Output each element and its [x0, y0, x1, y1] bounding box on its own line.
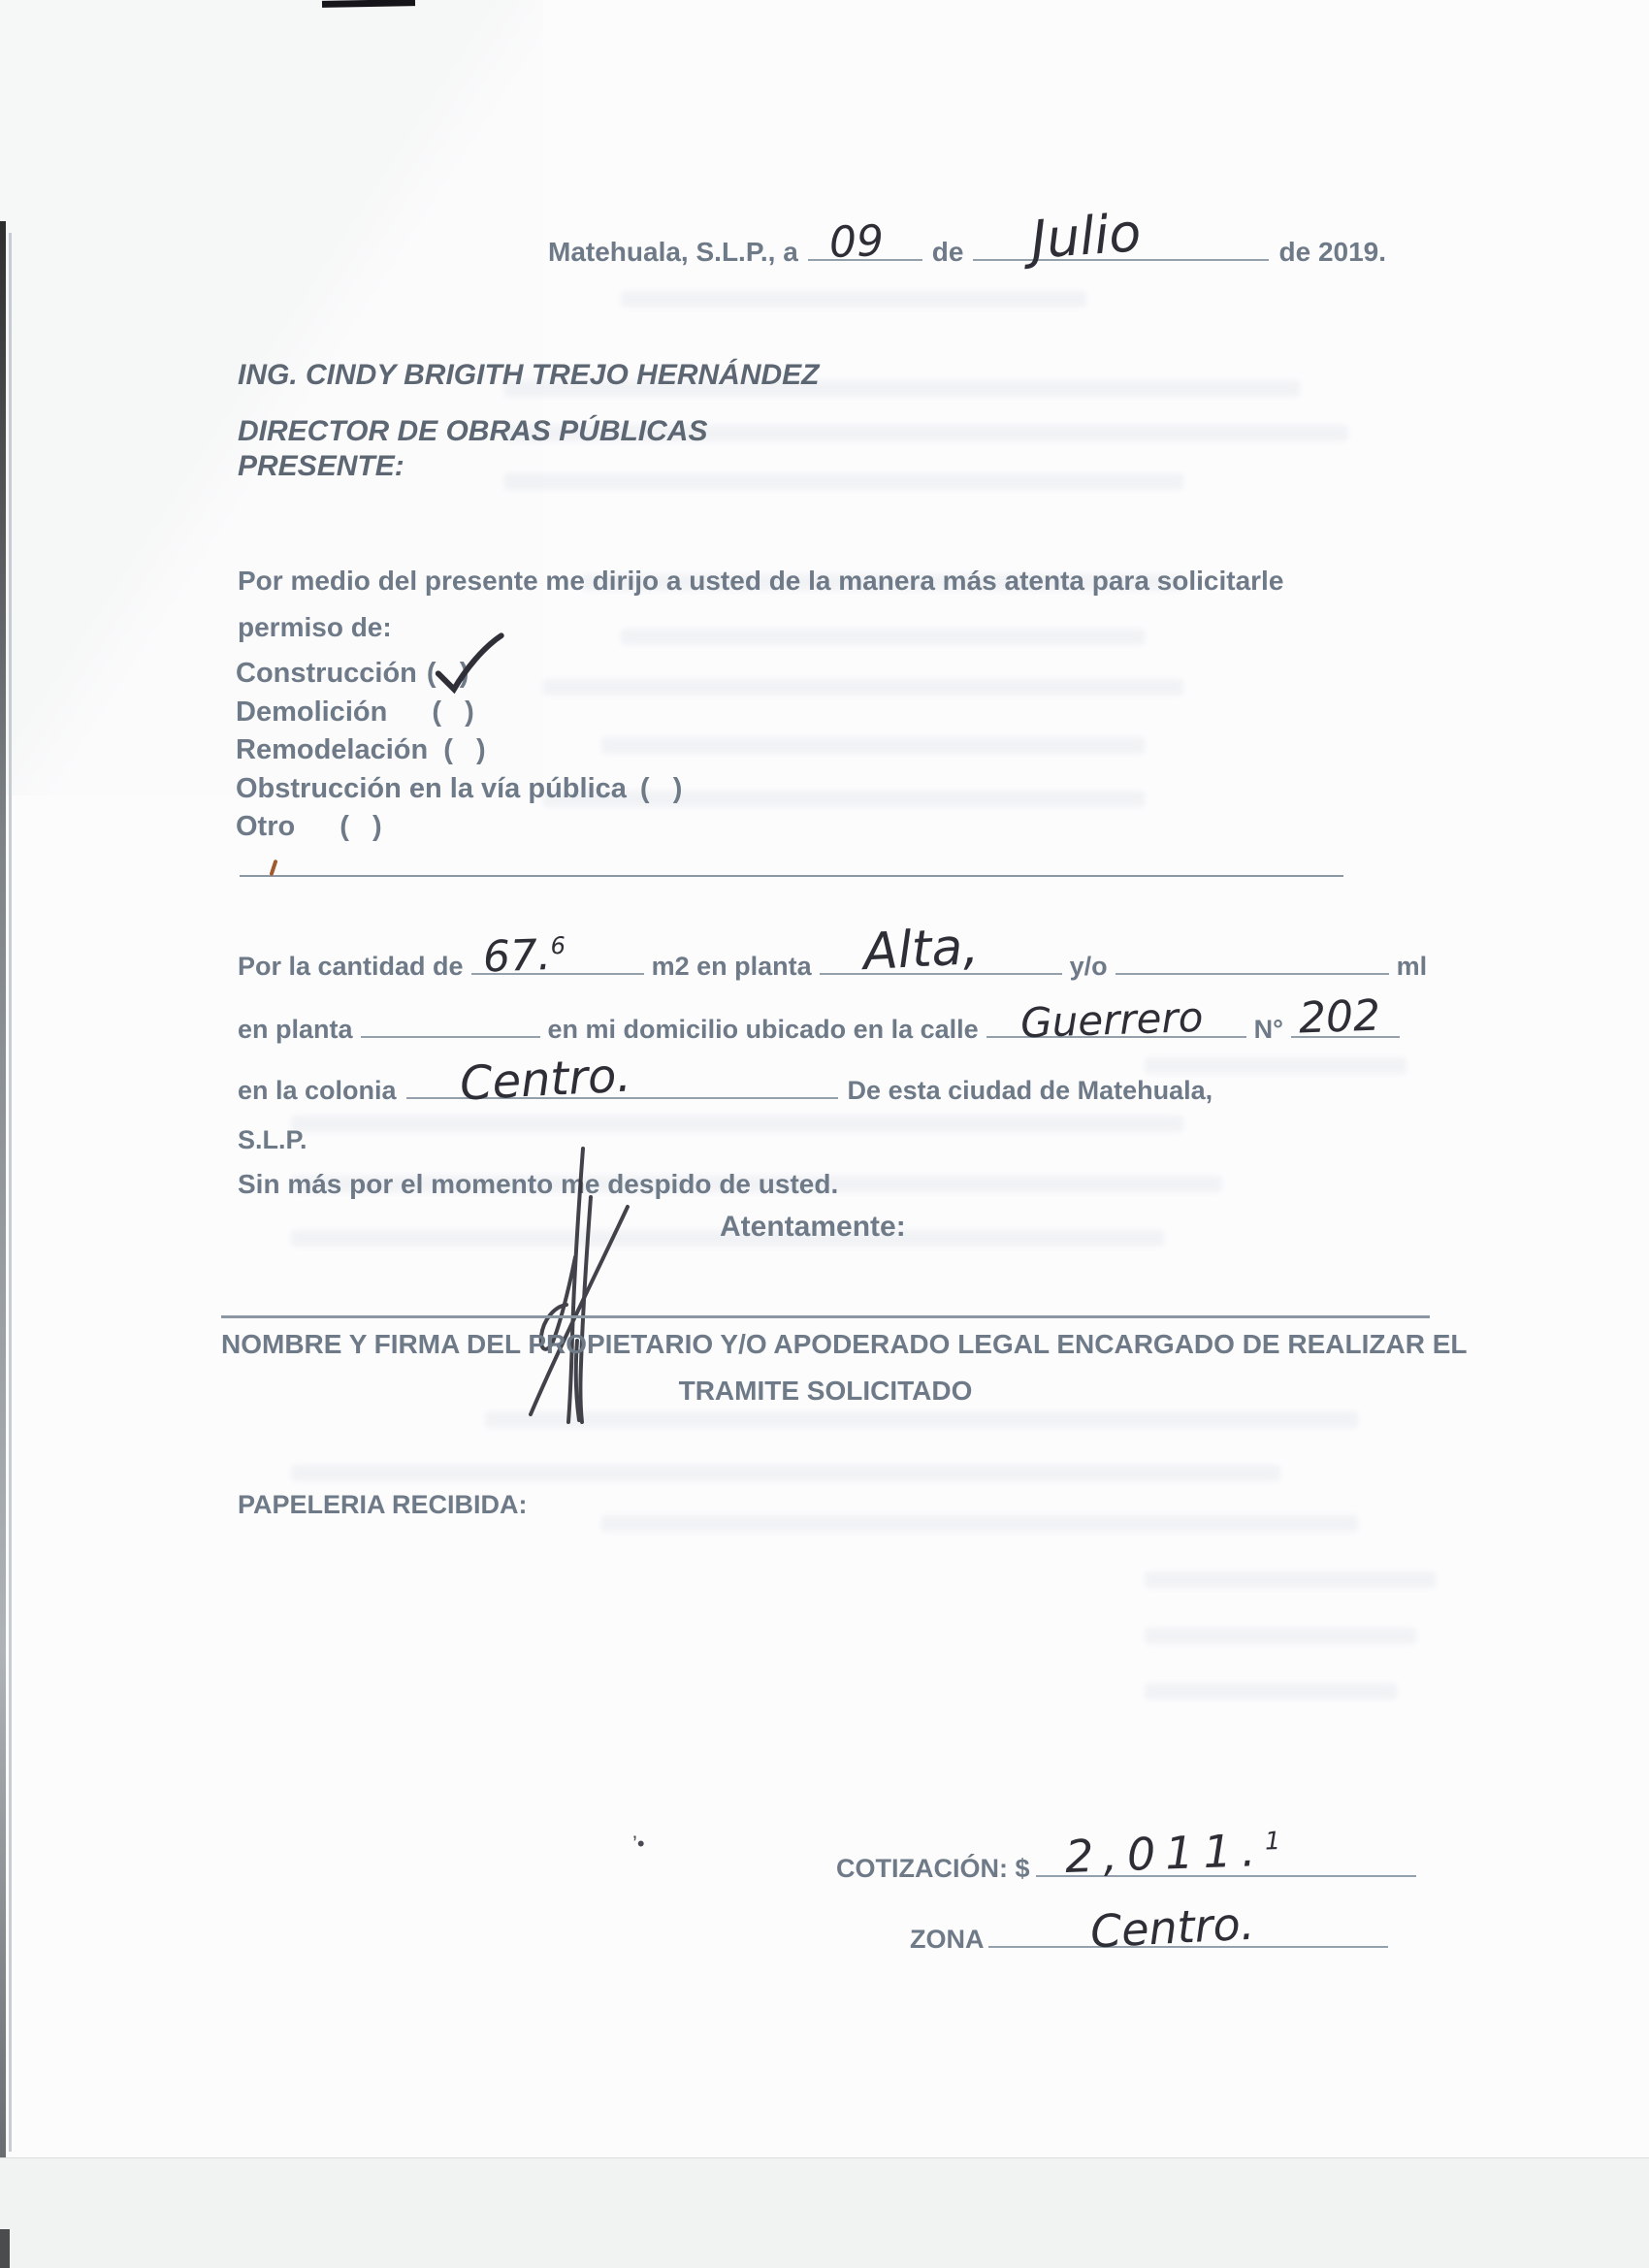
intro-line-1: Por medio del presente me dirijo a usted…: [238, 566, 1283, 597]
planta2-blank[interactable]: [361, 1009, 540, 1038]
signature-caption-2: TRAMITE SOLICITADO: [221, 1376, 1430, 1407]
quantity-line-2: en planta en mi domicilio ubicado en la …: [238, 1009, 1400, 1045]
signature-caption-1: NOMBRE Y FIRMA DEL PROPIETARIO Y/O APODE…: [221, 1329, 1430, 1360]
permit-option-label: Demolición: [236, 697, 387, 729]
handwritten-colonia: Centro.: [458, 1049, 631, 1112]
zona-blank[interactable]: Centro.: [988, 1919, 1388, 1948]
handwritten-day: 09: [828, 216, 885, 268]
handwritten-checkmark: [429, 632, 504, 696]
handwritten-numero: 202: [1298, 991, 1381, 1044]
date-connector: de: [932, 237, 964, 268]
calle-blank[interactable]: Guerrero: [986, 1009, 1246, 1038]
attentively-label: Atentamente:: [720, 1211, 906, 1244]
quantity-text: en la colonia: [238, 1076, 397, 1106]
bleed-through-artifact: [1145, 1683, 1397, 1700]
scan-edge-artifact: [0, 2229, 10, 2268]
quantity-text: ml: [1397, 952, 1428, 982]
bleed-through-artifact: [504, 473, 1183, 490]
permit-option-label: Obstrucción en la vía pública: [236, 773, 627, 805]
stray-mark: ’•: [632, 1831, 645, 1857]
permit-option-parens[interactable]: ( ): [432, 697, 474, 729]
addressee-name: ING. CINDY BRIGITH TREJO HERNÁNDEZ: [238, 359, 820, 392]
permit-options: Construcción( ) Demolición( )Remodelació…: [236, 658, 682, 850]
bleed-through-artifact: [601, 1515, 1358, 1532]
date-line: Matehuala, S.L.P., a 09 de Julio de 2019…: [548, 231, 1386, 268]
permit-option-parens[interactable]: ( ): [427, 658, 469, 690]
orange-pen-mark: [269, 859, 277, 876]
permit-option-parens[interactable]: ( ): [443, 734, 486, 766]
handwritten-zona: Centro.: [1088, 1897, 1255, 1959]
date-prefix: Matehuala, S.L.P., a: [548, 237, 798, 268]
planta-blank[interactable]: Alta,: [820, 946, 1062, 975]
permit-option[interactable]: Demolición( ): [236, 697, 682, 735]
quantity-line-1: Por la cantidad de 67.6 m2 en planta Alt…: [238, 946, 1427, 982]
permit-option[interactable]: Otro( ): [236, 811, 682, 850]
quantity-text: en planta: [238, 1015, 353, 1045]
bleed-through-artifact: [621, 629, 1145, 645]
bleed-through-artifact: [291, 1116, 1183, 1132]
bleed-through-artifact: [601, 737, 1145, 754]
numero-blank[interactable]: 202: [1291, 1009, 1400, 1038]
papeleria-title: PAPELERIA RECIBIDA:: [238, 1490, 528, 1520]
permit-option-parens[interactable]: ( ): [339, 811, 382, 843]
permit-option-label: Construcción: [236, 658, 417, 690]
m2-blank[interactable]: 67.6: [471, 946, 644, 975]
intro-line-2: permiso de:: [238, 612, 392, 643]
bleed-through-artifact: [1145, 1571, 1436, 1588]
page-edge-line: [9, 233, 12, 2152]
cotizacion-label: COTIZACIÓN: $: [836, 1854, 1030, 1884]
permit-option[interactable]: Obstrucción en la vía pública( ): [236, 773, 682, 812]
quantity-text: Por la cantidad de: [238, 952, 464, 982]
otro-description-blank[interactable]: [240, 875, 1343, 877]
date-suffix: de 2019.: [1278, 237, 1386, 268]
handwritten-calle: Guerrero: [1019, 993, 1204, 1048]
zona-row: ZONA Centro.: [910, 1919, 1388, 1955]
bleed-through-artifact: [621, 291, 1086, 308]
permit-option[interactable]: Construcción( ): [236, 658, 682, 697]
date-month-blank[interactable]: Julio: [973, 231, 1269, 261]
permit-option-label: Otro: [236, 811, 295, 843]
permit-option[interactable]: Remodelación( ): [236, 734, 682, 773]
ml-blank[interactable]: [1115, 946, 1389, 975]
cotizacion-blank[interactable]: 2,011.1: [1036, 1848, 1416, 1877]
zona-label: ZONA: [910, 1925, 985, 1955]
signature-rule: [221, 1315, 1430, 1318]
handwritten-month: Julio: [1029, 203, 1143, 272]
colonia-blank[interactable]: Centro.: [406, 1070, 838, 1099]
handwritten-cotizacion: 2,011.1: [1064, 1823, 1291, 1883]
quantity-text: en mi domicilio ubicado en la calle: [548, 1015, 979, 1045]
permit-option-label: Remodelación: [236, 734, 428, 766]
quantity-text: m2 en planta: [652, 952, 812, 982]
city-state: S.L.P.: [238, 1125, 307, 1155]
scan-edge-artifact: [322, 0, 415, 8]
addressee-role: DIRECTOR DE OBRAS PÚBLICAS: [238, 415, 707, 448]
handwritten-planta: Alta,: [861, 918, 980, 982]
bleed-through-artifact: [1145, 1628, 1416, 1644]
quantity-text: De esta ciudad de Matehuala,: [848, 1076, 1213, 1106]
addressee-salutation: PRESENTE:: [238, 450, 404, 483]
quantity-text: y/o: [1070, 952, 1108, 982]
scanned-document-page: Matehuala, S.L.P., a 09 de Julio de 2019…: [0, 0, 1649, 2268]
cotizacion-row: COTIZACIÓN: $ 2,011.1: [836, 1848, 1416, 1884]
scan-bed-band: [0, 2157, 1649, 2268]
quantity-text: N°: [1254, 1015, 1283, 1045]
permit-option-parens[interactable]: ( ): [640, 773, 683, 805]
date-day-blank[interactable]: 09: [808, 231, 922, 261]
handwritten-m2: 67.6: [482, 930, 566, 983]
bleed-through-artifact: [291, 1465, 1280, 1481]
quantity-line-3: en la colonia Centro. De esta ciudad de …: [238, 1070, 1212, 1106]
scan-edge-artifact: [0, 221, 6, 2268]
